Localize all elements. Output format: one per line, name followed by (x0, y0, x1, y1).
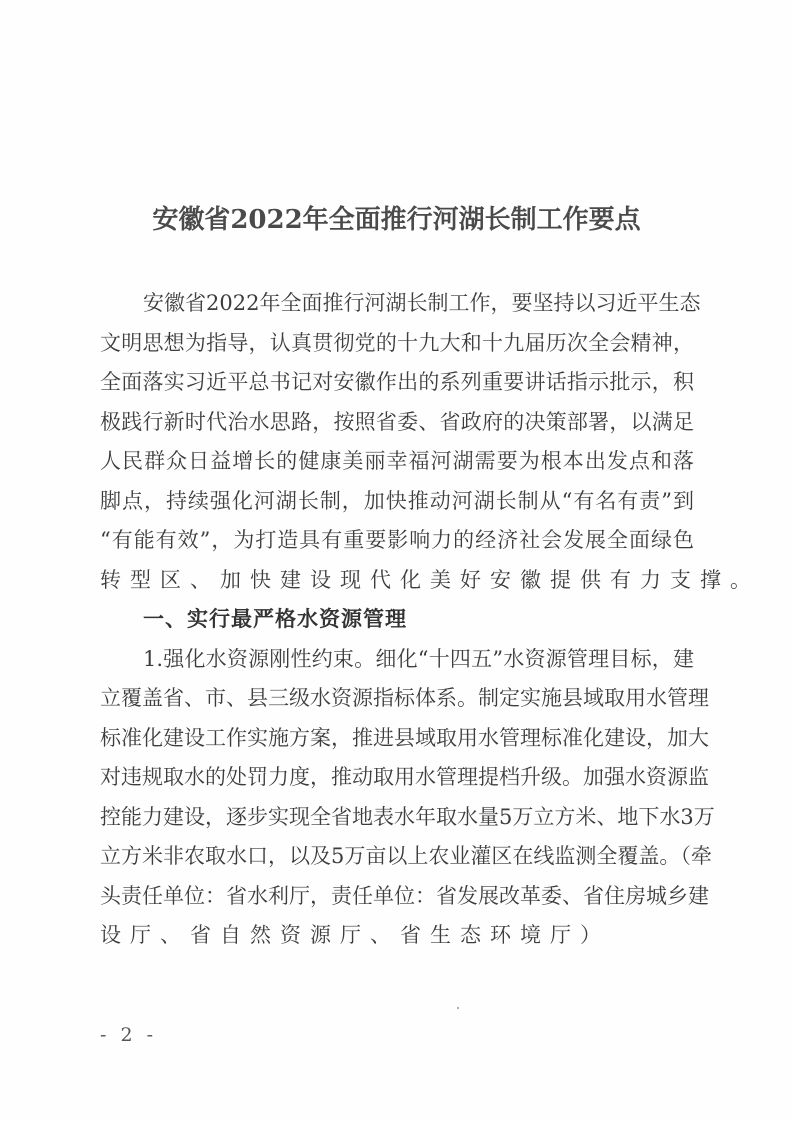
document-body: 安徽省2022年全面推行河湖长制工作，要坚持以习近平生态 文明思想为指导，认真贯… (100, 284, 694, 956)
item-1-line-8: 设厅、省自然资源厅、省生态环境厅） (100, 916, 694, 956)
document-title: 安徽省2022年全面推行河湖长制工作要点 (0, 203, 793, 237)
section-1-heading: 一、实行最严格水资源管理 (100, 600, 694, 640)
item-1-line-6: 立方米非农取水口，以及5万亩以上农业灌区在线监测全覆盖。（牵 (100, 837, 694, 877)
intro-line-4: 极践行新时代治水思路，按照省委、省政府的决策部署，以满足 (100, 403, 694, 443)
scan-artifact-dot (457, 1007, 459, 1009)
item-1-line-3: 标准化建设工作实施方案，推进县域取用水管理标准化建设，加大 (100, 719, 694, 759)
intro-line-8: 转型区、加快建设现代化美好安徽提供有力支撑。 (100, 561, 694, 601)
page-number: - 2 - (100, 1024, 157, 1046)
intro-line-6: 脚点，持续强化河湖长制，加快推动河湖长制从“有名有责”到 (100, 482, 694, 522)
intro-line-7: “有能有效”，为打造具有重要影响力的经济社会发展全面绿色 (100, 521, 694, 561)
intro-line-5: 人民群众日益增长的健康美丽幸福河湖需要为根本出发点和落 (100, 442, 694, 482)
item-1-line-2: 立覆盖省、市、县三级水资源指标体系。制定实施县域取用水管理 (100, 679, 694, 719)
item-1-line-1: 1.强化水资源刚性约束。细化“十四五”水资源管理目标，建 (100, 640, 694, 680)
intro-line-1: 安徽省2022年全面推行河湖长制工作，要坚持以习近平生态 (100, 284, 694, 324)
item-1-line-5: 控能力建设，逐步实现全省地表水年取水量5万立方米、地下水3万 (100, 798, 694, 838)
document-page: 安徽省2022年全面推行河湖长制工作要点 安徽省2022年全面推行河湖长制工作，… (0, 0, 793, 1121)
item-1-line-4: 对违规取水的处罚力度，推动取用水管理提档升级。加强水资源监 (100, 758, 694, 798)
intro-line-3: 全面落实习近平总书记对安徽作出的系列重要讲话指示批示，积 (100, 363, 694, 403)
intro-line-2: 文明思想为指导，认真贯彻党的十九大和十九届历次全会精神， (100, 324, 694, 364)
item-1-line-7: 头责任单位：省水利厅，责任单位：省发展改革委、省住房城乡建 (100, 877, 694, 917)
